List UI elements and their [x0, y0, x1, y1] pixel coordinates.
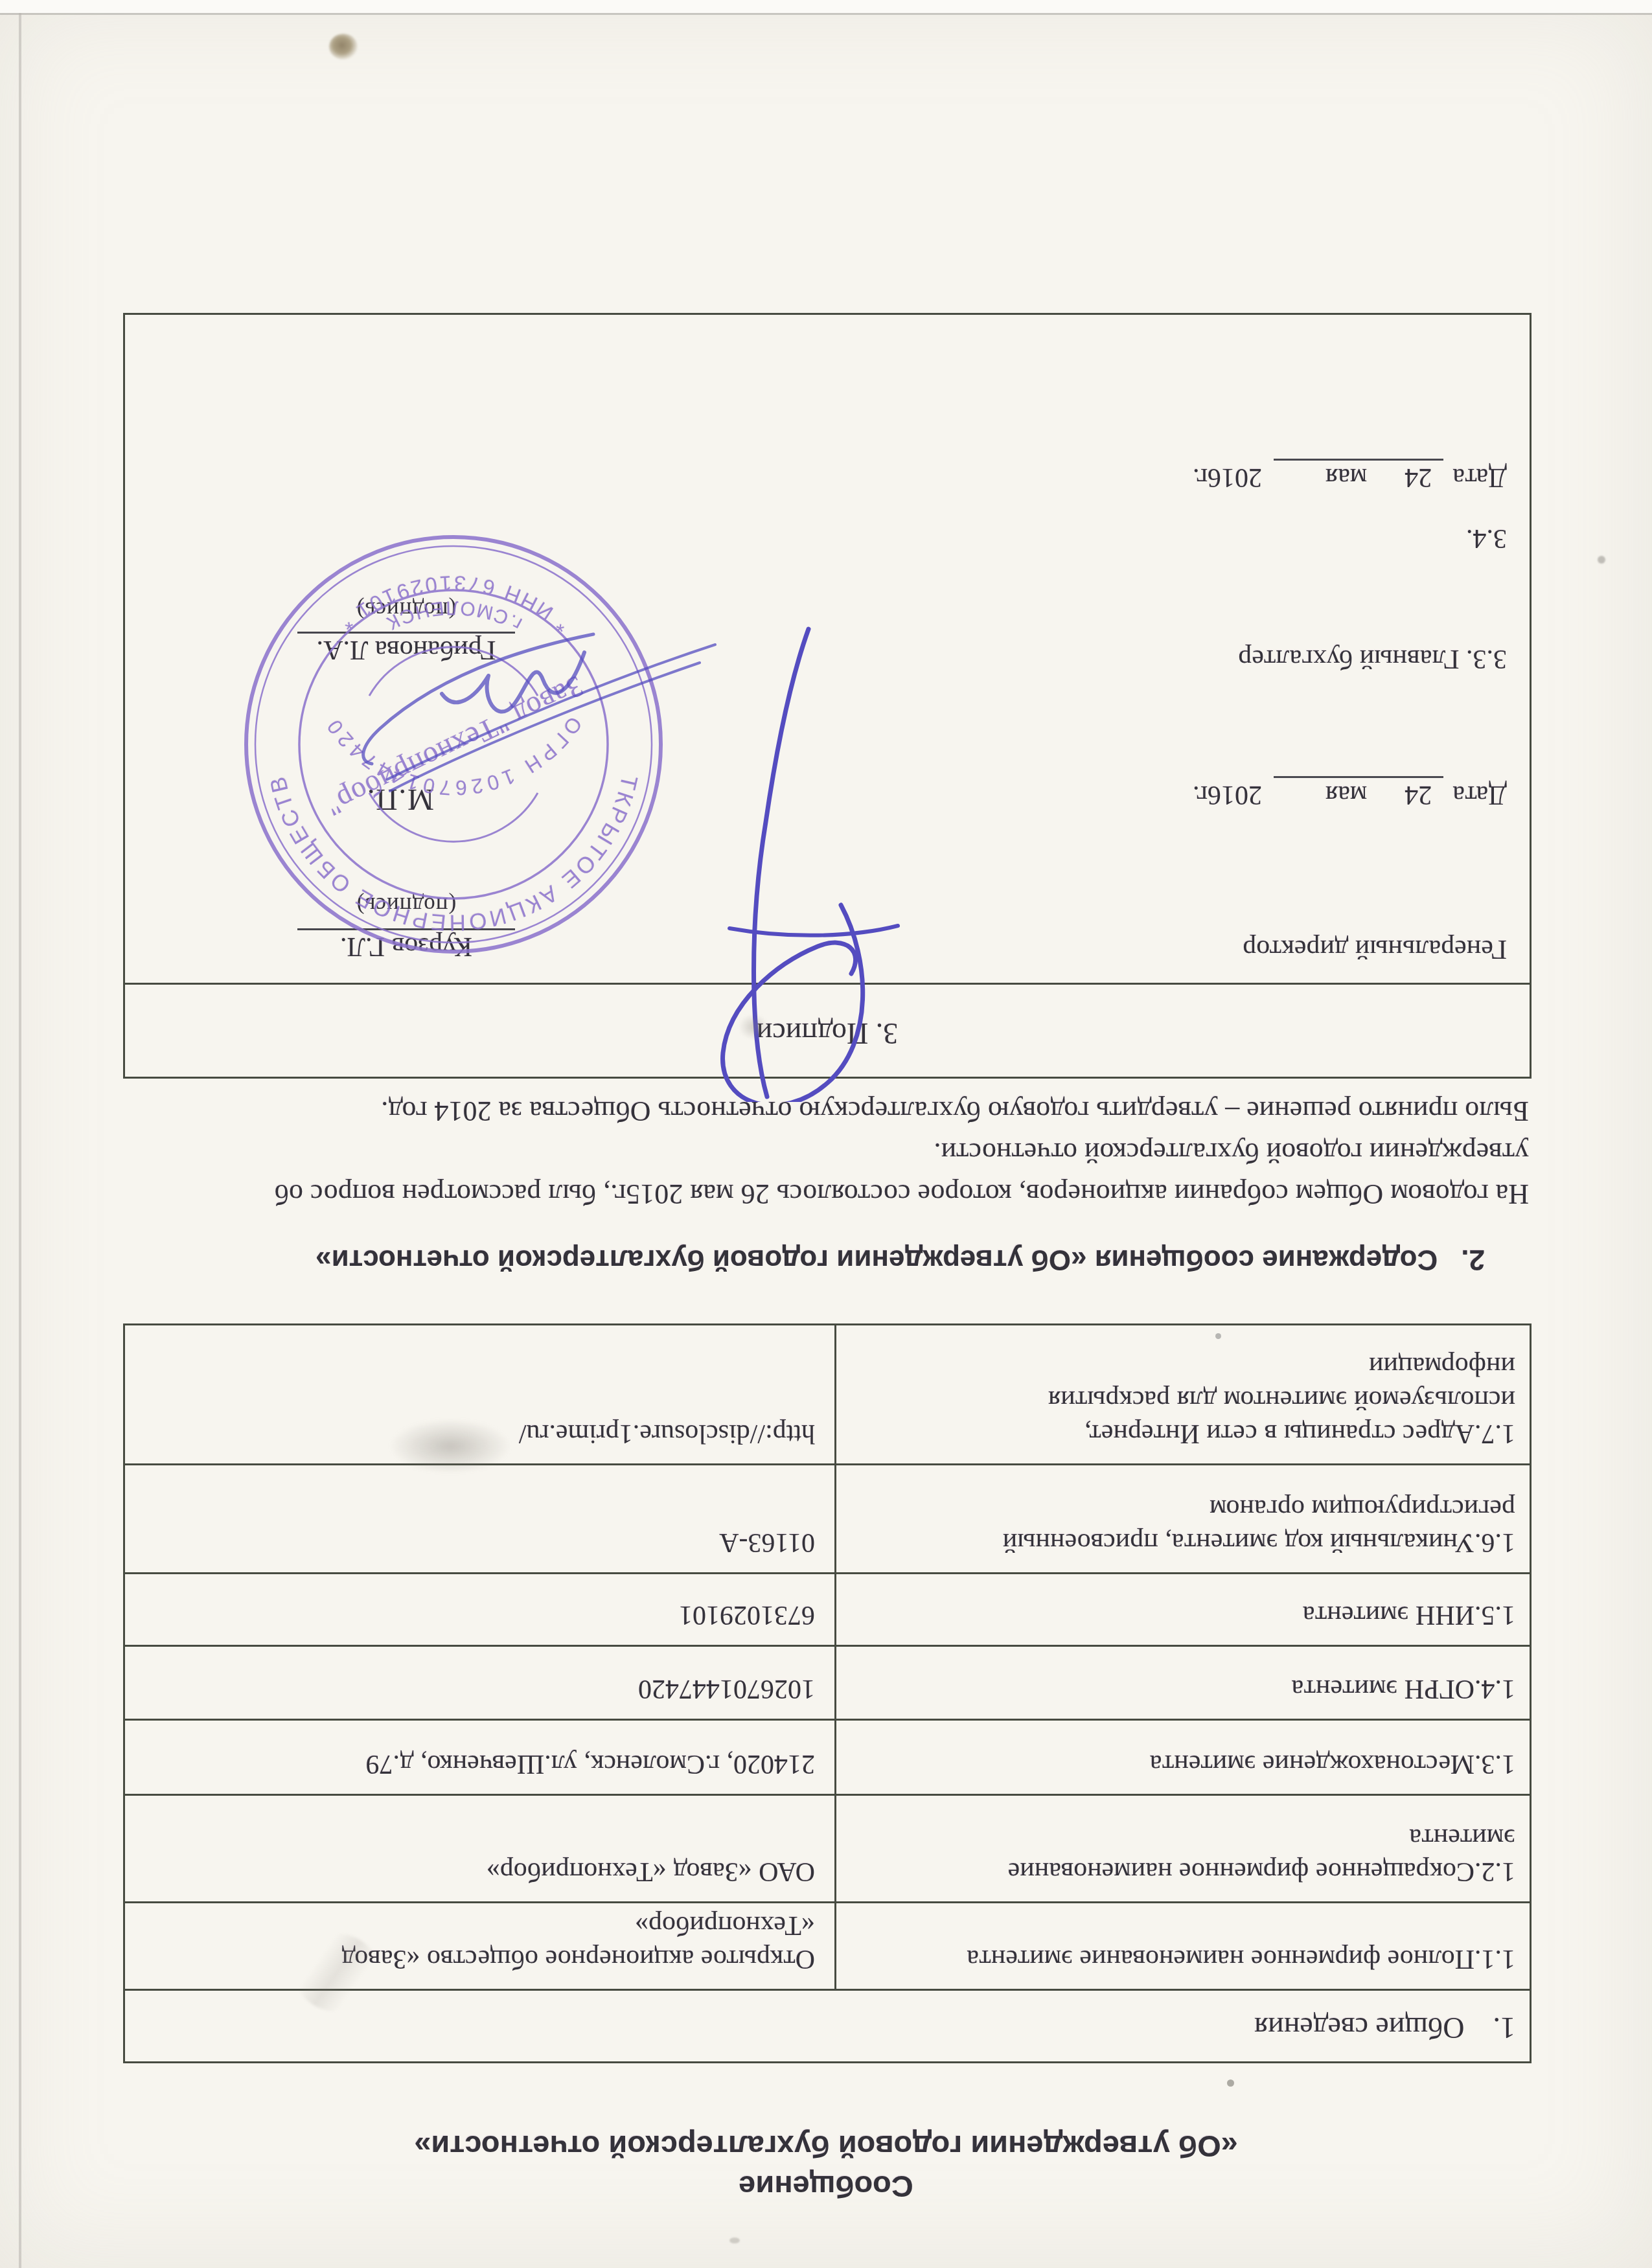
content-paragraph: На годовом Общем собрании акционеров, ко… — [117, 1090, 1529, 1215]
scan-edge-left — [19, 13, 21, 2268]
date1-label: Дата — [1452, 780, 1507, 810]
row-label: 1.5.ИНН эмитента — [836, 1574, 1531, 1646]
table-row: 1.5.ИНН эмитента 6731029101 — [124, 1574, 1531, 1646]
doc-title: Сообщение — [0, 2168, 1652, 2205]
date2-month: мая — [1325, 463, 1367, 492]
date1-day: 24 — [1405, 780, 1432, 810]
row-value: 6731029101 — [124, 1574, 836, 1646]
scan-top-margin — [0, 0, 1652, 13]
table-row: 1.3.Местонахождение эмитента 214020, г.С… — [124, 1720, 1531, 1795]
table-row: 1.6.Уникальный код эмитента, присвоенный… — [124, 1465, 1531, 1574]
speck — [1598, 556, 1605, 564]
doc-subtitle: «Об утверждении годовой бухгалтерской от… — [0, 2128, 1652, 2164]
row-label: 1.2.Сокращенное фирменное наименование э… — [836, 1795, 1531, 1903]
table-row: 1.4.ОГРН эмитента 1026701447420 — [124, 1646, 1531, 1720]
smudge-mark — [739, 1014, 768, 1040]
document-rotated-180: Сообщение «Об утверждении годовой бухгал… — [0, 0, 1652, 2268]
row-label: 1.3.Местонахождение эмитента — [836, 1720, 1531, 1795]
chief-accountant-label: 3.3. Главный бухгалтер — [1238, 643, 1507, 674]
row-label: 1.1.Полное фирменное наименование эмитен… — [836, 1903, 1531, 1990]
section1-number: 1. — [1493, 2011, 1516, 2045]
speck — [1215, 1333, 1221, 1339]
speck — [1227, 2079, 1234, 2087]
row-value: 01163-А — [124, 1465, 836, 1574]
accountant-signature — [337, 623, 745, 849]
row-label: 1.4.ОГРН эмитента — [836, 1646, 1531, 1720]
row-value: 1026701447420 — [124, 1646, 836, 1720]
row-label: 1.6.Уникальный код эмитента, присвоенный… — [836, 1465, 1531, 1574]
date-row-2: Дата24мая2016г. — [1193, 459, 1507, 493]
item-3-4-label: 3.4. — [1466, 523, 1507, 554]
date1-year: 2016г. — [1193, 780, 1262, 810]
section2-number: 2. — [1461, 1244, 1485, 1276]
section1-title: Общие сведения — [1254, 2011, 1464, 2045]
row-value: ОАО «Завод «Техноприбор» — [124, 1795, 836, 1903]
smudge-mark — [389, 1419, 512, 1474]
row-label: 1.7.Адрес страницы в сети Интернет, испо… — [836, 1325, 1531, 1465]
speck — [729, 2238, 740, 2243]
section2-heading-text: Содержание сообщения «Об утверждении год… — [315, 1244, 1438, 1276]
table-row: 1.7.Адрес страницы в сети Интернет, испо… — [124, 1325, 1531, 1465]
scan-edge-top — [0, 13, 1652, 15]
staple-mark — [329, 34, 358, 60]
date2-label: Дата — [1452, 463, 1507, 492]
general-director-label: Генеральный директор — [1243, 934, 1507, 965]
row-value: 214020, г.Смоленск, ул.Шевченко, д.79 — [124, 1720, 836, 1795]
row-value: Открытое акционерное общество «Завод «Те… — [124, 1903, 836, 1990]
scanned-document-page: Сообщение «Об утверждении годовой бухгал… — [0, 0, 1652, 2268]
table-row: 1.2.Сокращенное фирменное наименование э… — [124, 1795, 1531, 1903]
content-heading: 2.Содержание сообщения «Об утверждении г… — [315, 1243, 1485, 1276]
date1-month: мая — [1325, 780, 1367, 810]
date-row-1: Дата24мая2016г. — [1193, 776, 1507, 810]
smudge-streak — [295, 1934, 379, 2011]
date2-day: 24 — [1405, 463, 1432, 492]
date2-year: 2016г. — [1193, 463, 1262, 492]
